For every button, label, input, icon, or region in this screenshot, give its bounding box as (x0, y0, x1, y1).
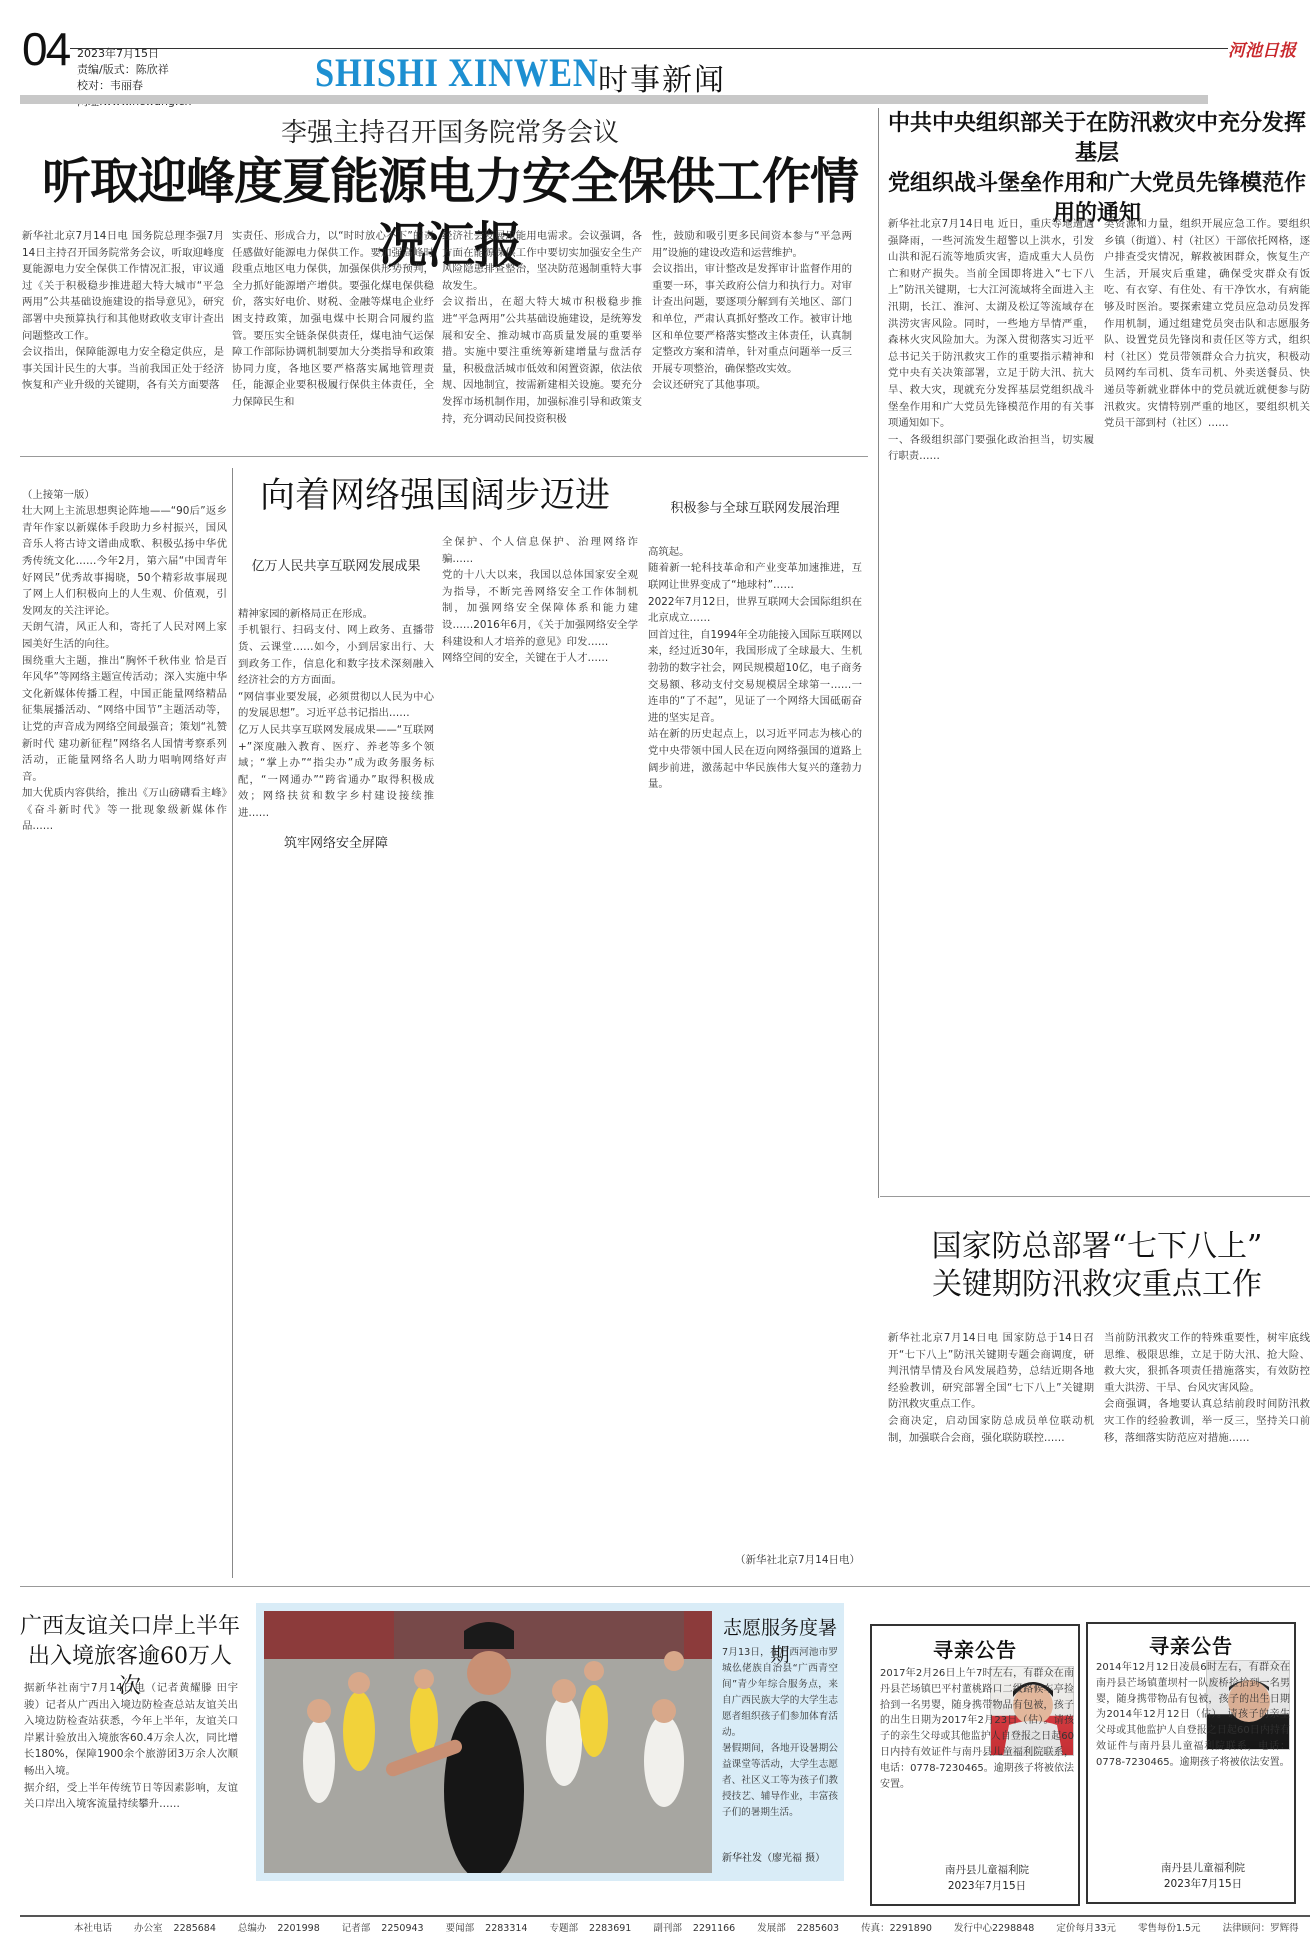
masthead-rule (70, 48, 1228, 49)
ad-signature: 南丹县儿童福利院 2023年7月15日 (922, 1862, 1052, 1894)
notice-ad-1: 寻亲公告 2017年2月26日上午7时左右，有群众在南丹县芒场镇巴平村董桃路口二… (870, 1624, 1080, 1906)
editor: 责编/版式：陈欣祥 (77, 63, 169, 76)
ad-signature: 南丹县儿童福利院 2023年7月15日 (1138, 1860, 1268, 1892)
flood-headline-line1: 国家防总部署“七下八上” (888, 1228, 1306, 1266)
cyber-column-2: 亿万人民共享互联网发展成果 精神家园的新格局正在形成。 手机银行、扫码支付、网上… (238, 534, 434, 1574)
lead-column-2: 实责任、形成合力，以“时时放心不下”的责任感做好能源电力保供工作。要加强高峰时段… (232, 228, 434, 450)
notice-column-2: 类资源和力量，组织开展应急工作。要组织乡镇（街道）、村（社区）干部依托网格，逐户… (1104, 216, 1310, 1191)
subhead-2: 积极参与全球互联网发展治理 (648, 501, 862, 518)
page-number: 04 (22, 26, 69, 72)
photo-illustration (264, 1611, 712, 1873)
border-headline-line1: 广西友谊关口岸上半年 (20, 1612, 240, 1642)
footer-contacts: 本社电话 办公室 2285684 总编办 2201998 记者部 2250943… (74, 1920, 1299, 1934)
ad-issuer: 南丹县儿童福利院 (922, 1862, 1052, 1878)
notice-ad-2: 寻亲公告 2014年12月12日凌晨6时左右，有群众在南丹县芒场镇董坝村一队废桥… (1086, 1622, 1296, 1904)
header-bar (20, 95, 1208, 104)
photo-feature: 志愿服务度暑期 7月13日，在广西河池市罗城仫佬族自治县“广西青空间”青少年综合… (256, 1603, 844, 1881)
lead-column-3: 经济社会发展用能用电需求。会议强调，各方面在能源保供工作中要切实加强安全生产风险… (442, 228, 642, 450)
ad-body: 2014年12月12日凌晨6时左右，有群众在南丹县芒场镇董坝村一队废桥捡拾到一名… (1096, 1660, 1290, 1850)
proofreader: 校对：韦丽春 (77, 79, 143, 92)
ad-issuer: 南丹县儿童福利院 (1138, 1860, 1268, 1876)
notice-column-1: 新华社北京7月14日电 近日，重庆等地遭遇强降雨，一些河流发生超警以上洪水，引发… (888, 216, 1094, 1191)
ad-title: 寻亲公告 (1088, 1630, 1294, 1659)
notice-headline-line1: 中共中央组织部关于在防汛救灾中充分发挥基层 (888, 108, 1306, 168)
photo-caption: 7月13日，在广西河池市罗城仫佬族自治县“广西青空间”青少年综合服务点，来自广西… (722, 1645, 838, 1841)
border-body: 据新华社南宁7月14日电（记者黄耀滕 田宇骏）记者从广西出入境边防检查总站友谊关… (24, 1680, 238, 1905)
flood-headline[interactable]: 国家防总部署“七下八上” 关键期防汛救灾重点工作 (888, 1228, 1306, 1304)
cyber-column-1: （上接第一版） 壮大网上主流思想舆论阵地——“90后”返乡青年作家以新媒体手段助… (22, 470, 227, 1578)
cyber-column-4: 积极参与全球互联网发展治理 高筑起。 随着新一轮科技革命和产业变革加速推进，互联… (648, 476, 862, 1546)
lead-column-4: 性，鼓励和吸引更多民间资本参与“平急两用”设施的建设改造和运营维护。 会议指出，… (652, 228, 852, 450)
lead-kicker: 李强主持召开国务院常务会议 (30, 112, 870, 149)
divider (20, 456, 868, 457)
column-divider (878, 108, 879, 1198)
continued-from: （上接第一版） (22, 489, 95, 501)
volunteer-photo[interactable] (264, 1611, 712, 1873)
column-divider (232, 468, 233, 1578)
ad-date: 2023年7月15日 (1138, 1876, 1268, 1892)
section-title-cn: 时事新闻 (598, 55, 726, 99)
ad-body: 2017年2月26日上午7时左右，有群众在南丹县芒场镇巴平村董桃路口二级路候车亭… (880, 1666, 1074, 1856)
paper-logo: 河池日报 (1228, 36, 1296, 61)
ad-title: 寻亲公告 (872, 1634, 1078, 1663)
cyber-column-3: 全保护、个人信息保护、治理网络诈骗…… 党的十八大以来，我国以总体国家安全观为指… (442, 534, 638, 1574)
flood-column-1: 新华社北京7月14日电 国家防总于14日召开“七下八上”防汛关键期专题会商调度，… (888, 1330, 1094, 1584)
subhead-1: 亿万人民共享互联网发展成果 (238, 559, 434, 576)
flood-column-2: 当前防汛救灾工作的特殊重要性，树牢底线思维、极限思维，立足于防大汛、抢大险、救大… (1104, 1330, 1310, 1584)
divider (880, 1196, 1310, 1197)
cyber-dateline: （新华社北京7月14日电） (650, 1552, 860, 1567)
lead-column-1: 新华社北京7月14日电 国务院总理李强7月14日主持召开国务院常务会议，听取迎峰… (22, 228, 224, 450)
notice-headline[interactable]: 中共中央组织部关于在防汛救灾中充分发挥基层 党组织战斗堡垒作用和广大党员先锋模范… (888, 108, 1306, 228)
divider (20, 1586, 1310, 1587)
flood-headline-line2: 关键期防汛救灾重点工作 (888, 1266, 1306, 1304)
footer-rule (20, 1915, 1310, 1917)
ad-date: 2023年7月15日 (922, 1878, 1052, 1894)
photo-credit: 新华社发（廖光福 摄） (722, 1849, 838, 1864)
subhead-3: 筑牢网络安全屏障 (238, 836, 434, 853)
section-title-en: SHISHI XINWEN (315, 52, 599, 94)
cyber-headline[interactable]: 向着网络强国阔步迈进 (240, 472, 630, 520)
